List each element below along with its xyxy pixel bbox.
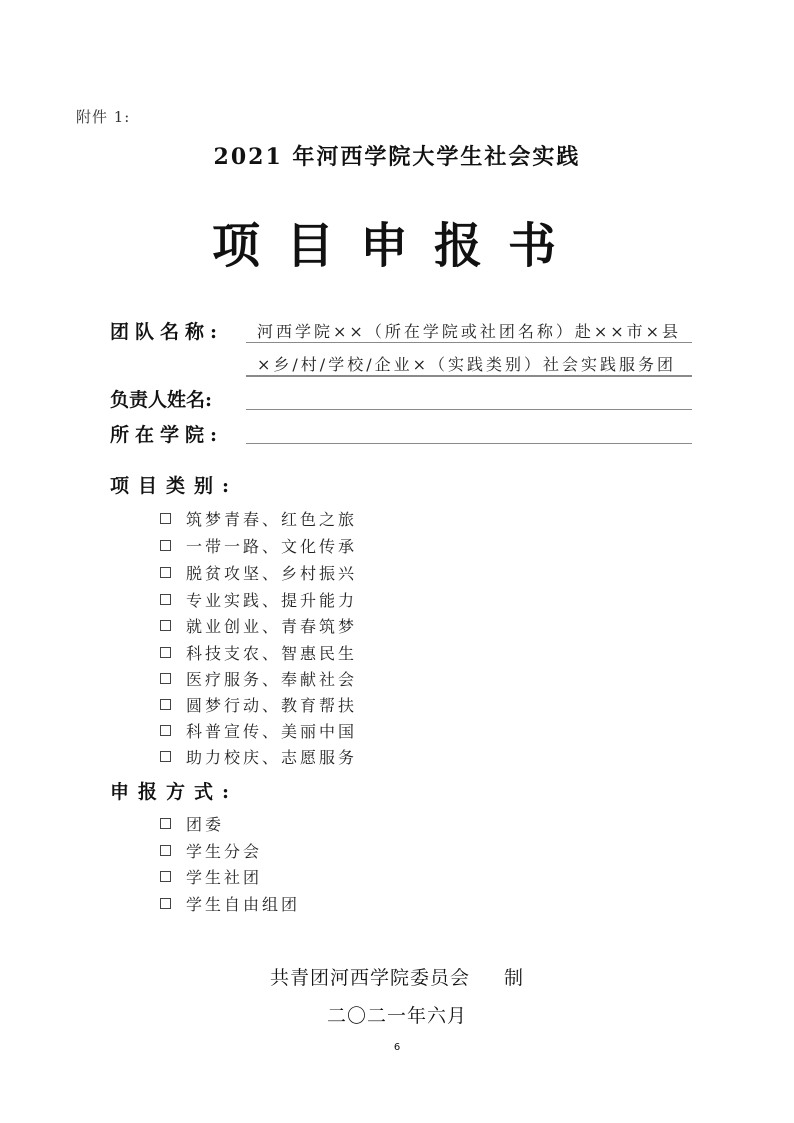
document-title: 项目申报书 (0, 207, 794, 276)
category-option[interactable]: 脱贫攻坚、乡村振兴 (160, 561, 357, 584)
checkbox-icon[interactable] (160, 647, 171, 658)
attachment-label: 附件 1: (76, 106, 130, 127)
project-category-label: 项目类别: (110, 471, 238, 498)
checkbox-icon[interactable] (160, 898, 171, 909)
leader-name-underline (246, 409, 692, 410)
leader-name-field[interactable] (257, 387, 687, 407)
method-option-label: 团委 (186, 812, 224, 835)
checkbox-icon[interactable] (160, 818, 171, 829)
method-option[interactable]: 学生分会 (160, 839, 262, 862)
category-option[interactable]: 就业创业、青春筑梦 (160, 614, 357, 637)
checkbox-icon[interactable] (160, 699, 171, 710)
category-option-label: 专业实践、提升能力 (186, 588, 357, 611)
method-option[interactable]: 学生自由组团 (160, 892, 300, 915)
issuer-line: 共青团河西学院委员会制 (0, 963, 794, 990)
leader-name-label: 负责人姓名: (110, 385, 212, 412)
method-option[interactable]: 团委 (160, 812, 224, 835)
team-name-value-line1[interactable]: 河西学院××（所在学院或社团名称）赴××市×县 (257, 319, 681, 342)
method-option-label: 学生分会 (186, 839, 262, 862)
page-number: 6 (0, 1042, 794, 1053)
category-option-label: 脱贫攻坚、乡村振兴 (186, 561, 357, 584)
category-option[interactable]: 助力校庆、志愿服务 (160, 745, 357, 768)
category-option-label: 科技支农、智惠民生 (186, 641, 357, 664)
method-option-label: 学生社团 (186, 865, 262, 888)
issue-date: 二〇二一年六月 (0, 1001, 794, 1028)
category-option-label: 医疗服务、奉献社会 (186, 667, 357, 690)
category-option-label: 筑梦青春、红色之旅 (186, 507, 357, 530)
college-field[interactable] (257, 422, 687, 442)
team-name-underline-2 (246, 375, 692, 377)
category-option[interactable]: 科普宣传、美丽中国 (160, 719, 357, 742)
category-option-label: 科普宣传、美丽中国 (186, 719, 357, 742)
category-option-label: 就业创业、青春筑梦 (186, 614, 357, 637)
checkbox-icon[interactable] (160, 845, 171, 856)
application-method-label: 申报方式: (110, 777, 238, 804)
subtitle-text: 2021 年河西学院大学生社会实践 (214, 140, 581, 171)
category-option[interactable]: 科技支农、智惠民生 (160, 641, 357, 664)
college-label: 所在学院: (110, 420, 223, 447)
method-option[interactable]: 学生社团 (160, 865, 262, 888)
checkbox-icon[interactable] (160, 567, 171, 578)
category-option-label: 圆梦行动、教育帮扶 (186, 693, 357, 716)
checkbox-icon[interactable] (160, 751, 171, 762)
checkbox-icon[interactable] (160, 513, 171, 524)
checkbox-icon[interactable] (160, 871, 171, 882)
checkbox-icon[interactable] (160, 540, 171, 551)
category-option[interactable]: 一带一路、文化传承 (160, 534, 357, 557)
checkbox-icon[interactable] (160, 594, 171, 605)
checkbox-icon[interactable] (160, 725, 171, 736)
category-option[interactable]: 医疗服务、奉献社会 (160, 667, 357, 690)
checkbox-icon[interactable] (160, 673, 171, 684)
method-option-label: 学生自由组团 (186, 892, 300, 915)
document-subtitle: 2021 年河西学院大学生社会实践 (0, 140, 794, 171)
issuer-name: 共青团河西学院委员会 (270, 967, 470, 989)
category-option[interactable]: 圆梦行动、教育帮扶 (160, 693, 357, 716)
category-option[interactable]: 筑梦青春、红色之旅 (160, 507, 357, 530)
team-name-underline-1 (246, 342, 692, 343)
issuer-suffix: 制 (504, 967, 524, 989)
team-name-label: 团队名称: (110, 317, 223, 344)
checkbox-icon[interactable] (160, 620, 171, 631)
category-option[interactable]: 专业实践、提升能力 (160, 588, 357, 611)
college-underline (246, 443, 692, 444)
category-option-label: 一带一路、文化传承 (186, 534, 357, 557)
team-name-value-line2[interactable]: ×乡/村/学校/企业×（实践类别）社会实践服务团 (257, 352, 676, 375)
category-option-label: 助力校庆、志愿服务 (186, 745, 357, 768)
